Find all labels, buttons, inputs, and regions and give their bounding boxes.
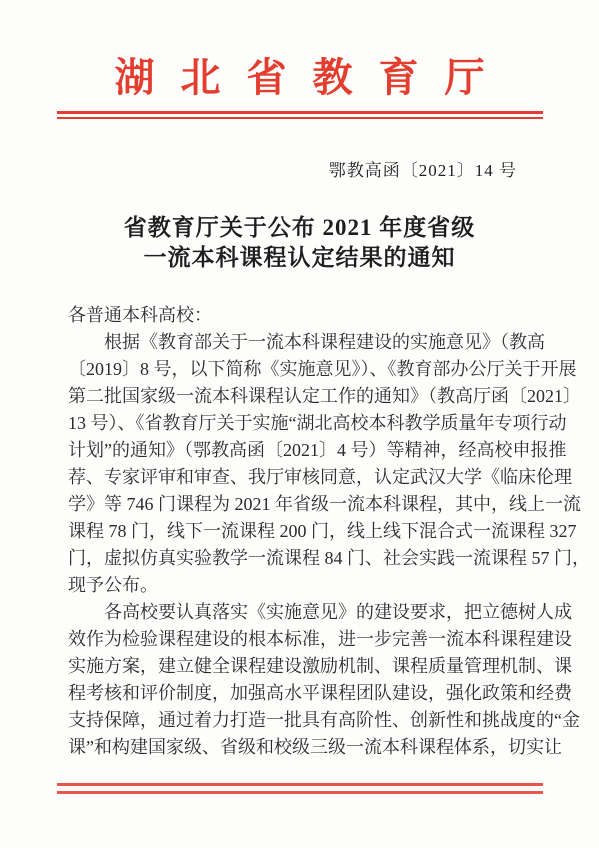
- body-line: 根据《教育部关于一流本科课程建设的实施意见》（教高: [68, 329, 545, 356]
- body-line: 荐、专家评审和审查、我厅审核同意，认定武汉大学《临床伦理: [68, 464, 545, 491]
- document-title-line-1: 省教育厅关于公布 2021 年度省级: [0, 213, 599, 243]
- body-line: 程考核和评价制度，加强高水平课程团队建设，强化政策和经费: [68, 680, 545, 707]
- body-line: 第二批国家级一流本科课程认定工作的通知》（教高厅函〔2021〕: [68, 383, 545, 410]
- body-line: 各高校要认真落实《实施意见》的建设要求，把立德树人成: [68, 599, 545, 626]
- document-number: 鄂教高函〔2021〕14 号: [0, 161, 599, 181]
- document-body: 各普通本科高校： 根据《教育部关于一流本科课程建设的实施意见》（教高 〔2019…: [0, 302, 545, 761]
- body-line: 实施方案，建立健全课程建设激励机制、课程质量管理机制、课: [68, 653, 545, 680]
- document-title-line-2: 一流本科课程认定结果的通知: [0, 243, 599, 273]
- body-line: 课”和构建国家级、省级和校级三级一流本科课程体系，切实让: [68, 734, 545, 761]
- salutation-line: 各普通本科高校：: [68, 302, 545, 329]
- body-line: 课程 78 门，线下一流课程 200 门，线上线下混合式一流课程 327: [68, 518, 545, 545]
- body-line: 〔2019〕8 号，以下简称《实施意见》）、《教育部办公厅关于开展: [68, 356, 545, 383]
- body-line: 效作为检验课程建设的根本标准，进一步完善一流本科课程建设: [68, 626, 545, 653]
- body-line: 学》等 746 门课程为 2021 年省级一流本科课程，其中，线上一流: [68, 491, 545, 518]
- paragraph-end-line: 现予公布。: [68, 572, 545, 599]
- body-line: 门，虚拟仿真实验教学一流课程 84 门、社会实践一流课程 57 门，: [68, 545, 545, 572]
- document-title: 省教育厅关于公布 2021 年度省级 一流本科课程认定结果的通知: [0, 213, 599, 273]
- body-line: 13 号）、《省教育厅关于实施“湖北高校本科教学质量年专项行动: [68, 410, 545, 437]
- body-line: 计划”的通知》（鄂教高函〔2021〕4 号）等精神，经高校申报推: [68, 437, 545, 464]
- letterhead-title: 湖北省教育厅: [0, 56, 599, 100]
- body-line: 支持保障，通过着力打造一批具有高阶性、创新性和挑战度的“金: [68, 707, 545, 734]
- letterhead-double-rule: [57, 111, 543, 119]
- document-page: 湖北省教育厅 鄂教高函〔2021〕14 号 省教育厅关于公布 2021 年度省级…: [0, 0, 599, 848]
- footer-double-rule: [57, 783, 543, 794]
